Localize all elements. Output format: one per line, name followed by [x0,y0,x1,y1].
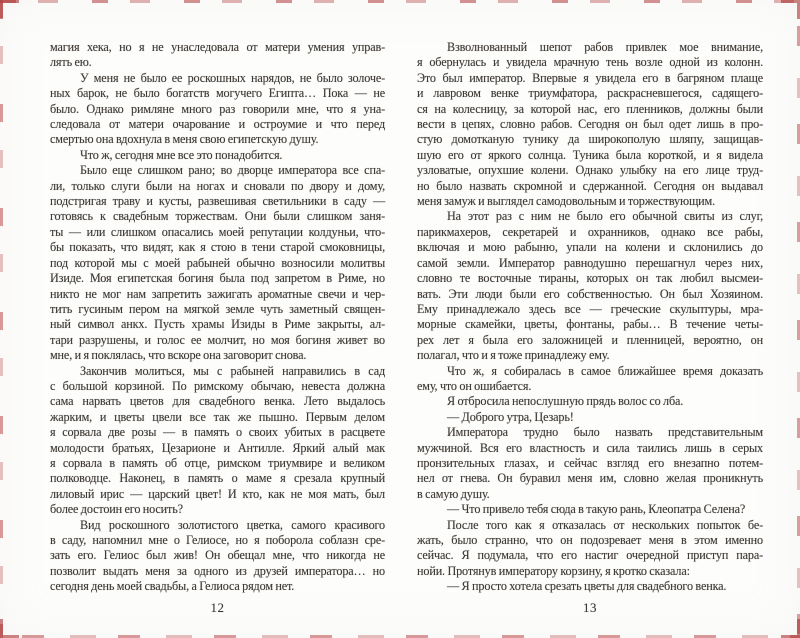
text-line: Вид роскошного золотистого цветка, самог… [50,518,385,533]
page-right: Взволнованный шепот рабов привлек мое вн… [417,40,763,595]
text-line: Что ж, я собиралась в самое ближайшее вр… [417,364,763,379]
paragraph: Я отбросила непослушную прядь волос со л… [417,394,763,409]
text-line: нел от гнева. Он буравил меня им, словно… [417,471,763,486]
text-line: смертью она вдохнула в меня свою египетс… [50,132,385,147]
text-line: тари разрушены, и голос ее молчит, но мо… [50,333,385,348]
text-line: шую его от яркого солнца. Туника была ко… [417,148,763,163]
page-number-right: 13 [417,600,763,616]
text-line: Было еще слишком рано; во дворце императ… [50,163,385,178]
text-line: Ему принадлежало здесь все — греческие с… [417,302,763,317]
scan-corner-bottom-left [0,619,19,638]
text-line: морные скамейки, цветы, фонтаны, рабы… В… [417,317,763,332]
text-line: Изиде. Моя египетская богиня была под за… [50,271,385,286]
text-line: ный символ анкх. Пусть храмы Изиды в Рим… [50,317,385,332]
text-line: следовала от матери очарование и остроум… [50,117,385,132]
text-line: в самую душу. [417,487,763,502]
text-line: — Я просто хотела срезать цветы для свад… [417,579,763,594]
text-line: позволит выдать меня за одного из друзей… [50,564,385,579]
text-line: — Доброго утра, Цезарь! [417,410,763,425]
page-number-left: 12 [50,600,385,616]
paragraph: Что ж, я собиралась в самое ближайшее вр… [417,364,763,395]
text-line: бы показать, что видят, как я стою в тен… [50,240,385,255]
text-line: я обернулась и увидела мрачную тень возл… [417,55,763,70]
paragraph: После того как я отказалась от нескольки… [417,518,763,580]
text-line: никто не мог нам запретить зажигать аром… [50,287,385,302]
text-line: подстригая траву и кусты, развешивая све… [50,194,385,209]
paragraph: Взволнованный шепот рабов привлек мое вн… [417,40,763,209]
text-line: лиловый ирис — царский цвет! И кто, как … [50,487,385,502]
text-line: После того как я отказалась от нескольки… [417,518,763,533]
text-line: мне, и я поклялась, что вскоре она загов… [50,348,385,363]
text-line: ли, только слуги были на ногах и сновали… [50,179,385,194]
text-line: Взволнованный шепот рабов привлек мое вн… [417,40,763,55]
text-line: нойи. Протянув императору корзину, я кро… [417,564,763,579]
paragraph: Было еще слишком рано; во дворце императ… [50,163,385,363]
text-line: более достоин его носить? [50,502,385,517]
text-line: ся на колесницу, за которой нас, его пле… [417,102,763,117]
text-line: в саду, напомнил мне о Гелиосе, но я поб… [50,533,385,548]
text-line: под которой мы с моей рабыней обычно воз… [50,256,385,271]
text-line: готовясь к свадебным торжествам. Они был… [50,209,385,224]
paragraph: — Что привело тебя сюда в такую рань, Кл… [417,502,763,517]
page-left: магия хека, но я не унаследовала от мате… [50,40,385,595]
scan-corner-bottom-right [781,619,800,638]
text-line: жать, было странно, что он подозревает м… [417,533,763,548]
paragraph: Закончив молиться, мы с рабыней направил… [50,364,385,518]
text-line: сама нарвать цветов для свадебного венка… [50,394,385,409]
text-line: стую домотканую тунику да широкополую шл… [417,132,763,147]
scan-edge-top [0,0,800,3]
text-line: вать. Эти люди были его собственностью. … [417,287,763,302]
text-line: сегодня день моей свадьбы, а Гелиоса ряд… [50,579,385,594]
text-line: узловатые, опухшие колени. Однако улыбку… [417,163,763,178]
text-line: Императора трудно было назвать представи… [417,425,763,440]
paragraph: Вид роскошного золотистого цветка, самог… [50,518,385,595]
text-line: меня замуж и выглядел самодовольным и то… [417,194,763,209]
scan-corner-top-left [0,0,19,19]
text-line: я сорвала две розы — в память о своих уб… [50,425,385,440]
text-line: ты — или слишком опасались моей репутаци… [50,225,385,240]
text-line: Закончив молиться, мы с рабыней направил… [50,364,385,379]
text-line: Это был император. Впервые я увидела его… [417,71,763,86]
text-line: словно те восточные тираны, которых он т… [417,271,763,286]
paragraph: — Доброго утра, Цезарь! [417,410,763,425]
text-line: ных барок, не было богатств могучего Еги… [50,86,385,101]
book-spread-scan: магия хека, но я не унаследовала от мате… [0,0,800,638]
text-line: мужчиной. Вся его властность и сила таил… [417,441,763,456]
text-line: но было назвать скромной и сдержанной. С… [417,179,763,194]
text-line: и лавровом венке триумфатора, раскраснев… [417,86,763,101]
text-line: я сорвала в память об отце, римском триу… [50,456,385,471]
paragraph: На этот раз с ним не было его обычной св… [417,209,763,363]
text-line: — Что привело тебя сюда в такую рань, Кл… [417,502,763,517]
text-line: пронзительных глазах, и сейчас взгляд ег… [417,456,763,471]
text-line: полагал, что и я тоже принадлежу ему. [417,348,763,363]
text-line: магия хека, но я не унаследовала от мате… [50,40,385,55]
paragraph: У меня не было ее роскошных нарядов, не … [50,71,385,148]
text-line: Что ж, сегодня мне все это понадобится. [50,148,385,163]
text-line: парикмахеров, секретарей и охранников, о… [417,225,763,240]
text-line: сейчас. Я подумала, что его настиг очере… [417,548,763,563]
text-line: вести в цепях, словно рабов. Сегодня он … [417,117,763,132]
text-line: было. Однако римляне много раз говорили … [50,102,385,117]
text-line: Я отбросила непослушную прядь волос со л… [417,394,763,409]
text-line: с большой корзиной. По римскому обычаю, … [50,379,385,394]
text-line: рех лет я была его заложницей и пленнице… [417,333,763,348]
paragraph: магия хека, но я не унаследовала от мате… [50,40,385,71]
text-line: самой земли. Император равнодушно переша… [417,256,763,271]
text-line: молодости братьях, Цезарионе и Антилле. … [50,441,385,456]
text-line: жарким, и цветы цвели все так же пышно. … [50,410,385,425]
text-line: ему, что он ошибается. [417,379,763,394]
paragraph: Что ж, сегодня мне все это понадобится. [50,148,385,163]
scan-corner-top-right [781,0,800,19]
text-line: зать его. Гелиос был жив! Он обещал мне,… [50,548,385,563]
text-line: лять ею. [50,55,385,70]
text-line: тить гусиным пером на мягкой земле чуть … [50,302,385,317]
paragraph: — Я просто хотела срезать цветы для свад… [417,579,763,594]
paragraph: Императора трудно было назвать представи… [417,425,763,502]
text-line: полководце. Наконец, в память о маме я с… [50,471,385,486]
text-line: включая и мою рабыню, упали на колени и … [417,240,763,255]
text-line: У меня не было ее роскошных нарядов, не … [50,71,385,86]
text-line: На этот раз с ним не было его обычной св… [417,209,763,224]
scan-edge-left [0,0,3,638]
